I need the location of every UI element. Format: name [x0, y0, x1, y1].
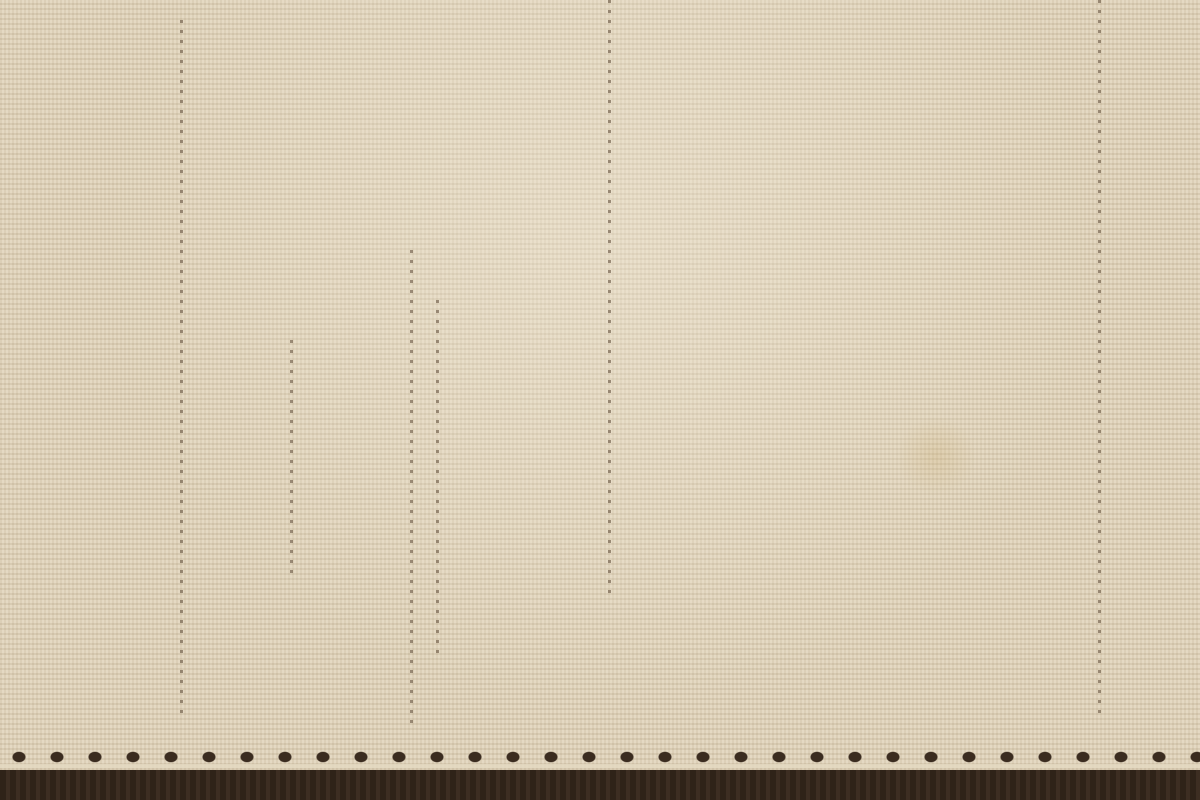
slit-seam [180, 20, 183, 720]
dark-border-stripe [0, 770, 1200, 800]
slit-seam [410, 250, 413, 730]
slit-seam [290, 340, 293, 580]
slit-seam [1098, 0, 1101, 720]
woven-textile-photo [0, 0, 1200, 800]
slit-seam [436, 300, 439, 660]
slit-seam [608, 0, 611, 600]
border-separator [0, 764, 1200, 768]
